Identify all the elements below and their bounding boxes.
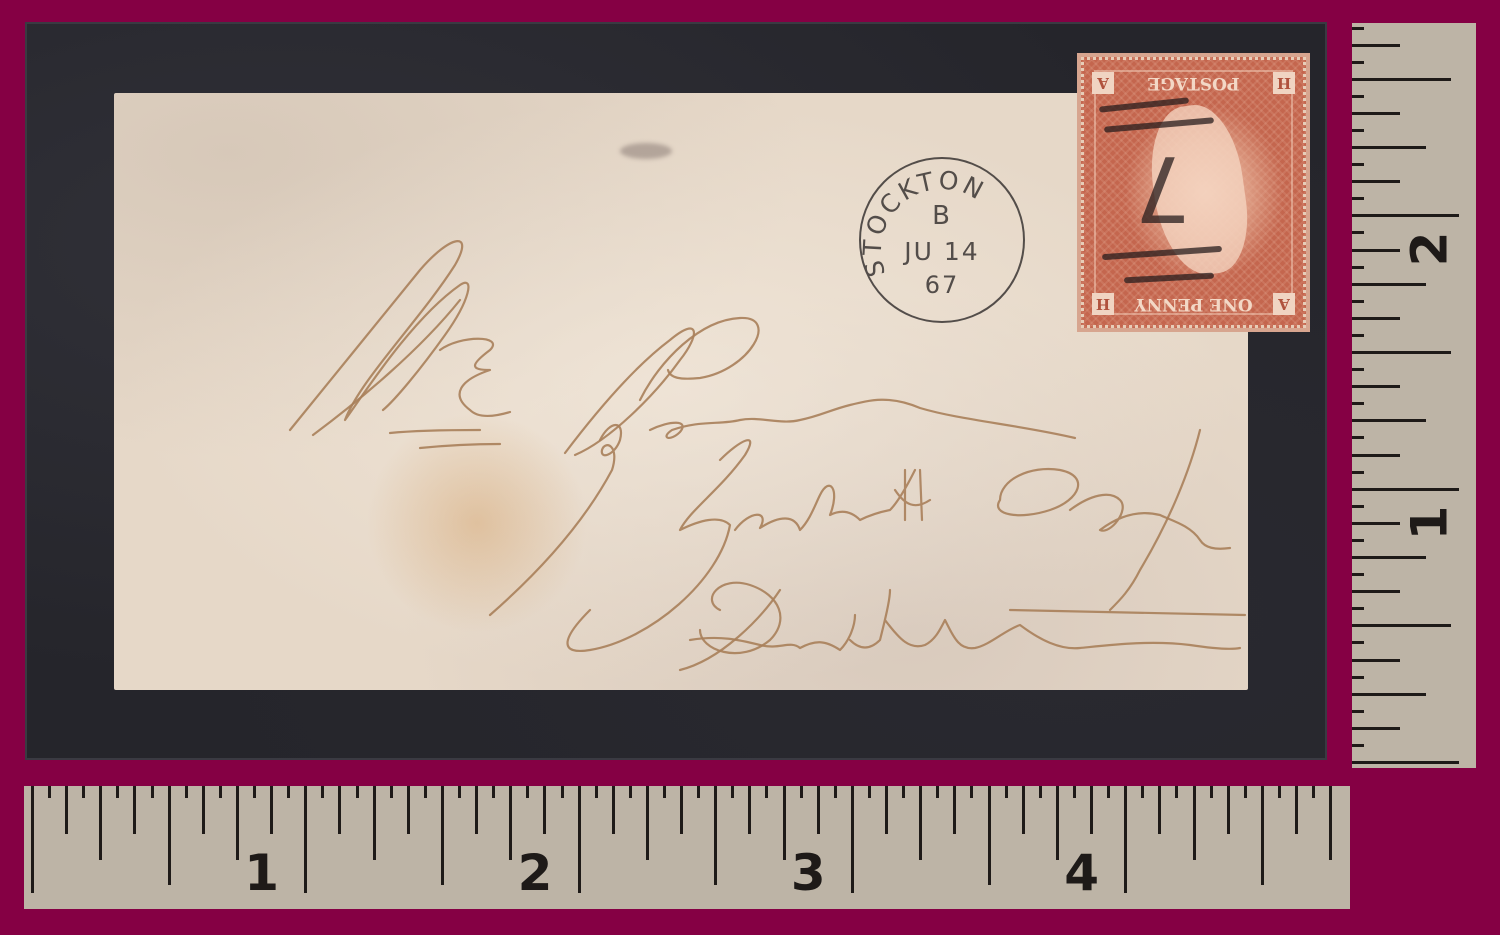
ruler-tick [219,786,222,798]
ruler-tick [1141,786,1144,798]
ruler-tick [338,786,341,834]
ruler-tick [1244,786,1247,798]
ruler-tick [151,786,154,798]
ruler-tick [1352,573,1364,576]
ruler-tick [1352,249,1400,252]
ruler-tick [1352,197,1364,200]
ruler-tick [1056,786,1059,860]
ruler-tick [1352,27,1364,30]
ruler-tick [1158,786,1161,834]
ruler-tick [1352,95,1364,98]
ruler-tick [783,786,786,860]
stamp-bottom-panel-inverted: H POSTAGE A [1084,72,1303,94]
ruler-tick [1124,786,1127,893]
ruler-tick [1073,786,1076,798]
ruler-tick [612,786,615,834]
ruler-tick [1352,744,1364,747]
envelope-paper-face [114,93,1248,690]
ruler-tick [970,786,973,798]
ruler-tick [1022,786,1025,834]
ruler-tick [1210,786,1213,798]
ruler-inch-label: 4 [1064,848,1099,898]
ruler-tick [748,786,751,834]
ruler-tick [765,786,768,798]
ruler-tick [680,786,683,834]
ruler-tick [1352,112,1400,115]
postmark-year: 67 [861,271,1023,299]
address-line-1: Mr E Powell [300,380,399,399]
ruler-tick [1352,61,1364,64]
ruler-tick [373,786,376,860]
ruler-tick [1352,471,1364,474]
ruler-tick [1352,317,1400,320]
ruler-tick [424,786,427,798]
ruler-tick [697,786,700,798]
ruler-tick [458,786,461,798]
address-line-2: 9 Garbutt Sqr [600,480,713,499]
ruler-tick [441,786,444,885]
ruler-inch-label: 2 [518,848,553,898]
ruler-tick [1352,283,1426,286]
ruler-tick [1107,786,1110,798]
ruler-tick [116,786,119,798]
ruler-tick [407,786,410,834]
ruler-tick [1352,214,1459,217]
ruler-tick [492,786,495,798]
ink-smudge [620,143,672,159]
postmark-date: JU 14 [861,237,1023,266]
ruler-tick [1352,180,1400,183]
ruler-tick [595,786,598,798]
ruler-tick [646,786,649,860]
ruler-tick [714,786,717,885]
stamp-corner-letter: A [1273,293,1295,315]
ruler-tick [1352,44,1400,47]
ruler-tick [1039,786,1042,798]
ruler-tick [202,786,205,834]
ruler-tick [663,786,666,798]
ruler-tick [936,786,939,798]
numeral-cancel: 7 [1134,135,1191,240]
ruler-tick [509,786,512,860]
ruler-tick [1352,146,1426,149]
ruler-tick [1352,676,1364,679]
ruler-tick [1352,334,1364,337]
ruler-tick [1352,78,1451,81]
ruler-tick [236,786,239,860]
stamp-value-text: ONE PENNY [1134,293,1252,315]
ruler-tick [953,786,956,834]
ruler-tick [1352,163,1364,166]
ruler-inch-label: 2 [1404,232,1454,267]
ruler-tick [561,786,564,798]
ruler-tick [287,786,290,798]
circular-postmark: STOCKTON B JU 14 67 [859,157,1025,323]
ruler-tick [1352,385,1400,388]
ruler-tick [1352,436,1364,439]
ruler-tick [1193,786,1196,860]
stamp-top-panel-inverted: A ONE PENNY H [1084,293,1303,315]
ruler-tick [817,786,820,834]
ruler-tick [1352,231,1364,234]
ruler-tick [1352,693,1426,696]
ruler-tick [834,786,837,798]
postmark-code: B [861,201,1023,231]
ruler-tick [1352,454,1400,457]
ruler-tick [1352,402,1364,405]
ruler-tick [82,786,85,798]
ruler-tick [304,786,307,893]
ruler-tick [1005,786,1008,798]
ruler-tick [1352,300,1364,303]
ruler-tick [1352,419,1426,422]
ruler-tick [1352,624,1451,627]
ruler-tick [48,786,51,798]
ruler-tick [885,786,888,834]
ruler-tick [1227,786,1230,834]
address-line-3: Darlington [700,600,787,619]
ruler-tick [868,786,871,798]
ruler-tick [1352,556,1426,559]
horizontal-inch-ruler: 1234 [24,786,1350,909]
ruler-tick [731,786,734,798]
ruler-tick [1352,590,1400,593]
ruler-tick [99,786,102,860]
ruler-tick [185,786,188,798]
ruler-tick [31,786,34,893]
ruler-tick [1329,786,1332,860]
ruler-tick [1352,522,1400,525]
ruler-tick [270,786,273,834]
ruler-tick [356,786,359,798]
ruler-tick [321,786,324,798]
ruler-tick [1312,786,1315,798]
ruler-tick [1352,659,1400,662]
stamp-corner-letter: H [1092,293,1114,315]
vertical-inch-ruler: 21 [1352,23,1476,768]
ruler-tick [800,786,803,798]
ruler-tick [1352,727,1400,730]
ruler-tick [1352,488,1459,491]
ruler-tick [1261,786,1264,885]
ruler-inch-label: 1 [1404,505,1454,540]
ruler-tick [543,786,546,834]
ruler-tick [919,786,922,860]
ruler-tick [1352,351,1451,354]
ruler-tick [1352,761,1459,764]
stamp-postage-text: POSTAGE [1147,72,1239,94]
ruler-tick [578,786,581,893]
ruler-inch-label: 1 [244,848,279,898]
ruler-tick [253,786,256,798]
ruler-tick [902,786,905,798]
stamp-corner-letter: A [1092,72,1114,94]
ruler-tick [1352,505,1364,508]
ruler-tick [526,786,529,798]
ruler-tick [1175,786,1178,798]
ruler-tick [1278,786,1281,798]
stamp-corner-letter: H [1273,72,1295,94]
ruler-tick [1090,786,1093,834]
ruler-tick [390,786,393,798]
ruler-tick [988,786,991,885]
ruler-tick [1352,129,1364,132]
ruler-tick [1352,607,1364,610]
penny-red-stamp: H POSTAGE A A ONE PENNY H 7 [1081,57,1306,328]
ruler-tick [1352,539,1364,542]
ruler-tick [475,786,478,834]
ruler-tick [1352,266,1364,269]
ruler-inch-label: 3 [791,848,826,898]
ruler-tick [1352,641,1364,644]
ruler-tick [851,786,854,893]
ruler-tick [1352,710,1364,713]
ruler-tick [1295,786,1298,834]
ruler-tick [168,786,171,885]
ruler-tick [1352,368,1364,371]
ruler-tick [65,786,68,834]
ruler-tick [629,786,632,798]
ruler-tick [133,786,136,834]
